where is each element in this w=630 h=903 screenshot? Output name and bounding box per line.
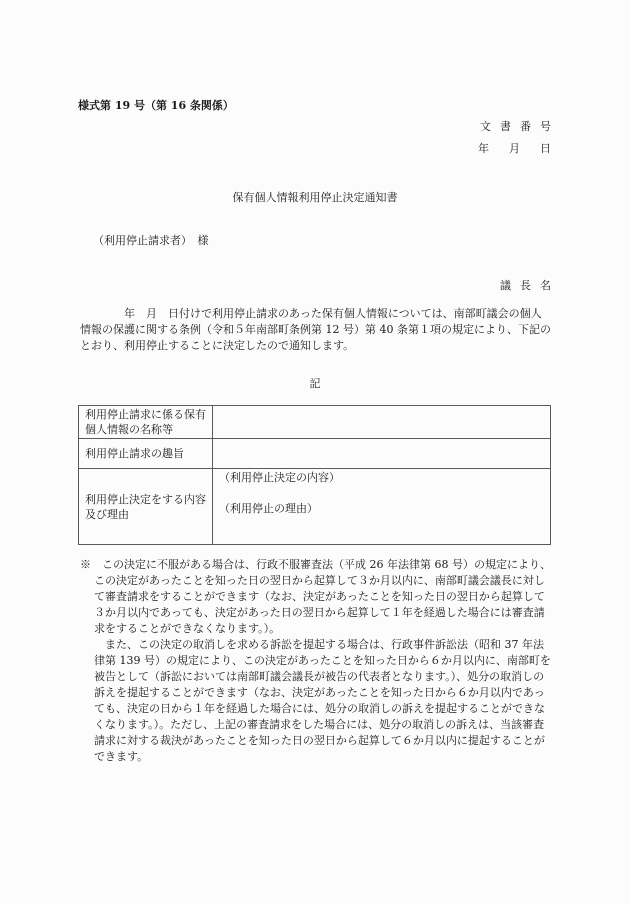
date-year: 年 <box>478 141 489 156</box>
row-value <box>213 439 551 469</box>
table-row: 利用停止請求に係る保有個人情報の名称等 <box>79 406 551 439</box>
note-appeal: ※ この決定に不服がある場合は、行政不服審査法（平成 26 年法律第 68 号）… <box>80 557 552 637</box>
notes-section: ※ この決定に不服がある場合は、行政不服審査法（平成 26 年法律第 68 号）… <box>80 557 552 765</box>
row-value: （利用停止決定の内容） （利用停止の理由） <box>213 469 551 545</box>
decision-content-label: （利用停止決定の内容） <box>219 470 544 485</box>
sender-name: 議長名 <box>500 278 560 293</box>
row-label: 利用停止請求に係る保有個人情報の名称等 <box>79 406 213 439</box>
addressee: （利用停止請求者） 様 <box>93 233 209 248</box>
table-row: 利用停止請求の趣旨 <box>79 439 551 469</box>
date-month: 月 <box>509 141 520 156</box>
row-value <box>213 406 551 439</box>
date-day: 日 <box>540 141 551 156</box>
date-field: 年月日 <box>458 141 551 156</box>
row-label: 利用停止決定をする内容及び理由 <box>79 469 213 545</box>
document-number-label: 文書番号 <box>480 119 560 134</box>
row-label: 利用停止請求の趣旨 <box>79 439 213 469</box>
note-lawsuit: また、この決定の取消しを求める訴訟を提起する場合は、行政事件訴訟法（昭和 37 … <box>80 637 552 765</box>
suspension-reason-label: （利用停止の理由） <box>219 501 544 516</box>
decision-table: 利用停止請求に係る保有個人情報の名称等 利用停止請求の趣旨 利用停止決定をする内… <box>78 405 551 545</box>
document-title: 保有個人情報利用停止決定通知書 <box>0 190 630 205</box>
ki-heading: 記 <box>0 376 630 391</box>
form-number: 様式第 19 号（第 16 条関係） <box>78 97 234 113</box>
body-text: 年 月 日付けで利用停止請求のあった保有個人情報については、南部町議会の個人情報… <box>80 306 552 354</box>
table-row: 利用停止決定をする内容及び理由 （利用停止決定の内容） （利用停止の理由） <box>79 469 551 545</box>
body-paragraph: 年 月 日付けで利用停止請求のあった保有個人情報については、南部町議会の個人情報… <box>80 306 552 354</box>
